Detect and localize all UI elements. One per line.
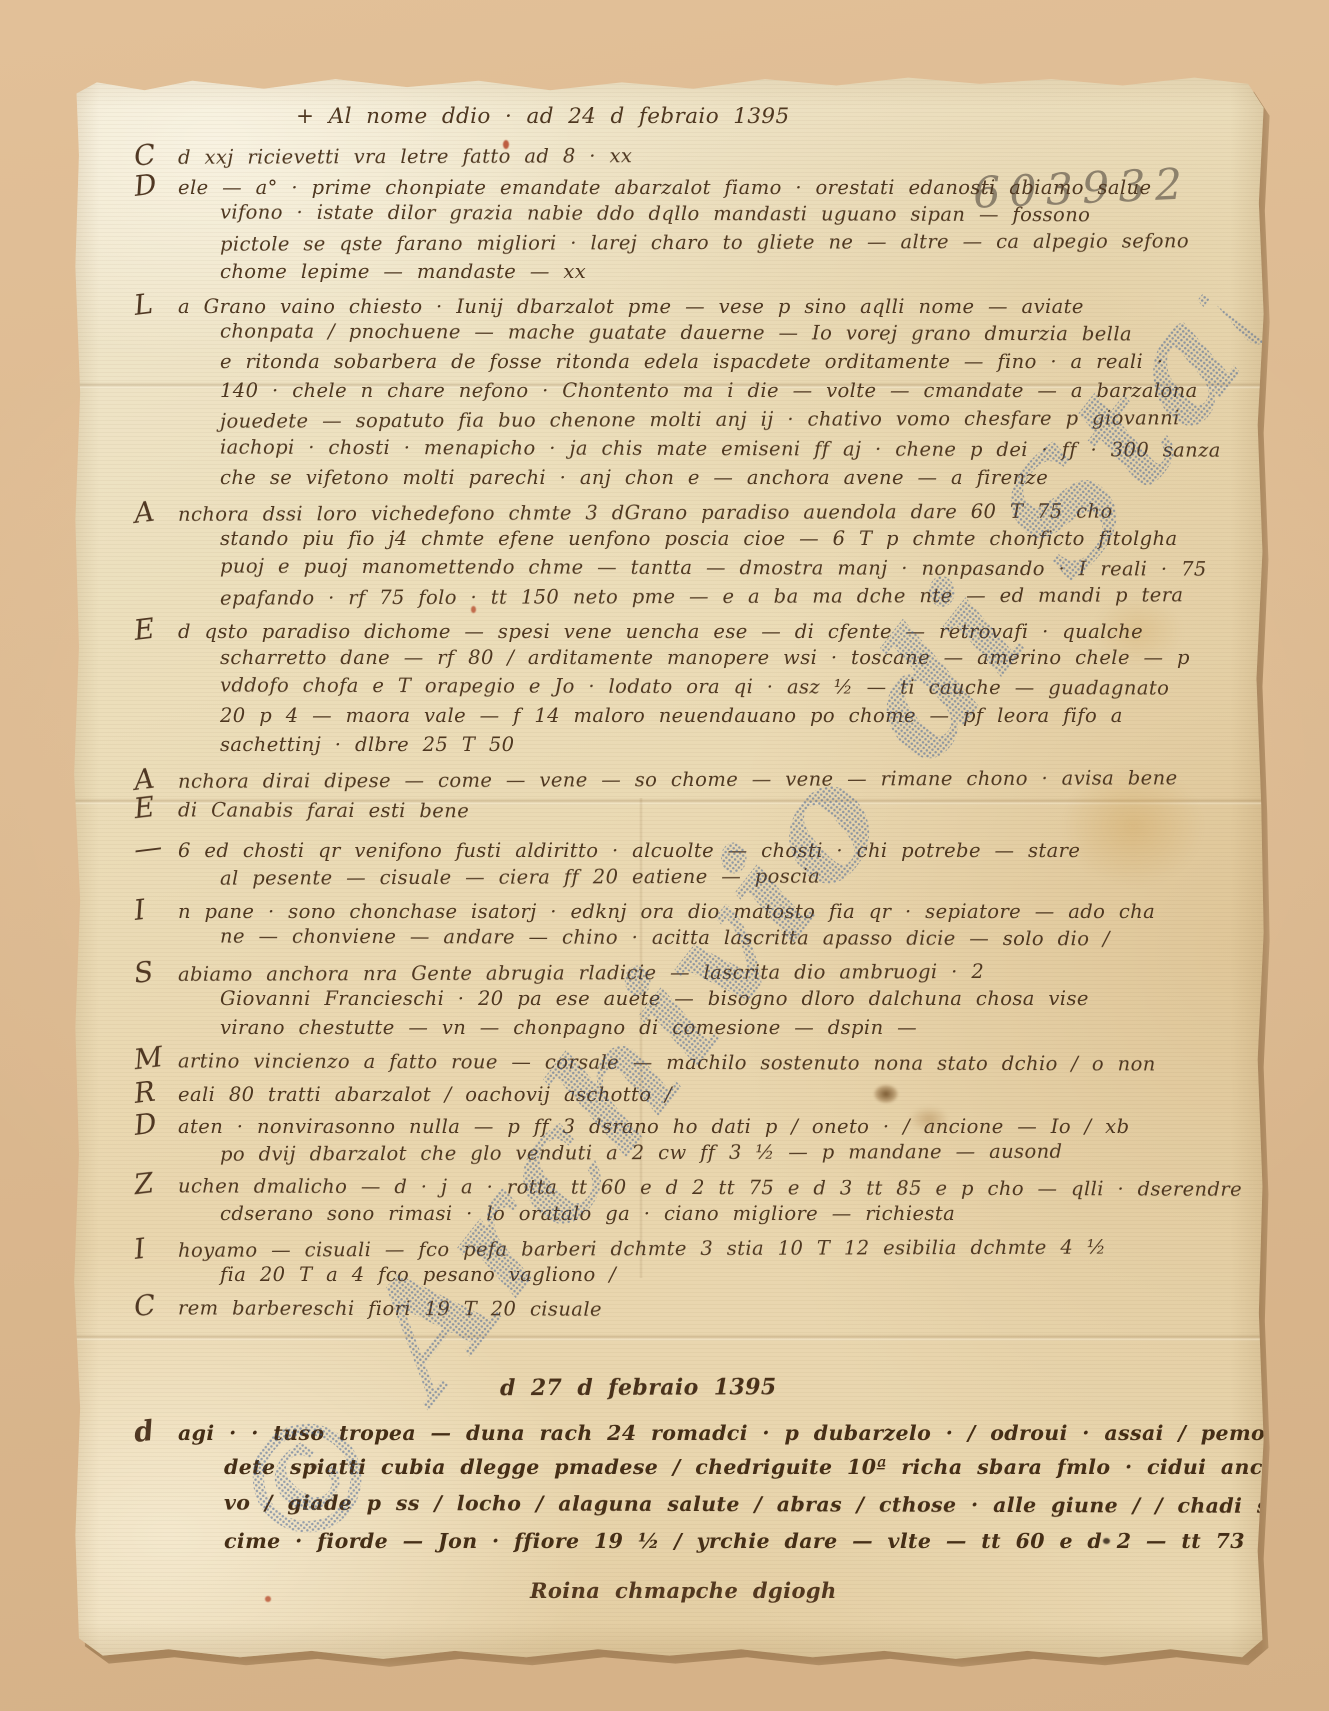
line-text: ele — a° · prime chonpiate emandate abar… [178,176,1151,199]
manuscript-line: Giovanni Francieschi · 20 pa ese auete —… [178,984,1208,1013]
paragraph-initial: R [132,1075,169,1108]
paragraph-initial: d [132,1410,170,1451]
line-text: abiamo anchora nra Gente abrugia rladici… [178,960,984,986]
line-text: di Canabis farai esti bene [178,798,469,822]
manuscript-text: + Al nome ddio · ad 24 d febraio 1395Cd … [178,102,1208,1605]
manuscript-line: iachopi · chosti · menapicho · ja chis m… [178,432,1208,464]
manuscript-line: Sabiamo anchora nra Gente abrugia rladic… [178,953,1208,986]
manuscript-line: ne — chonviene — andare — chino · acitta… [178,921,1208,953]
line-text: chonpata / pnochuene — mache guatate dau… [220,320,1132,346]
manuscript-line: 20 p 4 — maora vale — f 14 maloro neuend… [178,701,1208,730]
manuscript-line: epafando · rf 75 folo · tt 150 neto pme … [178,580,1208,613]
line-text: Roina chmapche dgiogh [530,1578,837,1603]
manuscript-line: fia 20 T a 4 fco pesano vagliono / [178,1260,1208,1289]
line-text: 6 ed chosti qr venifono fusti aldiritto … [178,839,1080,862]
manuscript-line: dagi · · tuso tropea — duna rach 24 roma… [178,1412,1208,1449]
line-text: a Grano vaino chiesto · Iunij dbarzalot … [178,295,1084,318]
manuscript-line: dete spiatti cubia dlegge pmadese / ched… [178,1449,1208,1486]
paragraph-initial: D [132,168,169,201]
line-text: che se vifetono molti parechi · anj chon… [220,466,1048,489]
manuscript-line: Ed qsto paradiso dichome — spesi vene ue… [178,614,1208,643]
paragraph-initial: S [132,955,169,988]
line-text: al pesente — cisuale — ciera ff 20 eatie… [220,865,820,890]
line-text: 20 p 4 — maora vale — f 14 maloro neuend… [220,704,1123,727]
line-text: artino vincienzo a fatto roue — corsale … [178,1049,1156,1075]
paragraph-initial: Z [132,1166,169,1199]
line-text: epafando · rf 75 folo · tt 150 neto pme … [220,583,1184,609]
manuscript-page: 603932 + Al nome ddio · ad 24 d febraio … [73,76,1266,1662]
line-text: cdserano sono rimasi · lo oratalo ga · c… [220,1202,955,1225]
paragraph-initial: C [132,138,169,171]
manuscript-line: Reali 80 tratti abarzalot / oachovij asc… [178,1077,1208,1106]
line-text: scharretto dane — rf 80 / arditamente ma… [220,646,1190,669]
line-text: nchora dssi loro vichedefono chmte 3 dGr… [178,500,1113,526]
line-text: iachopi · chosti · menapicho · ja chis m… [220,436,1221,462]
line-text: virano chestutte — vn — chonpagno di com… [220,1016,917,1039]
line-text: rem barbereschi fiori 19 T 20 cisuale [178,1296,602,1320]
manuscript-line: Anchora dssi loro vichedefono chmte 3 dG… [178,493,1208,526]
manuscript-line: cime · fiorde — Jon · ffiore 19 ½ / yrch… [178,1523,1208,1560]
line-text: vifono · istate dilor grazia nabie ddo d… [220,201,1090,227]
line-text: dete spiatti cubia dlegge pmadese / ched… [224,1455,1286,1479]
manuscript-line: In pane · sono chonchase isatorj · edknj… [178,894,1208,923]
paragraph-initial: E [132,790,169,823]
manuscript-line: Roina chmapche dgiogh [530,1576,1208,1605]
manuscript-line: Martino vincienzo a fatto roue — corsale… [178,1043,1208,1075]
paragraph-initial: E [132,612,169,645]
line-text: stando piu fio j4 chmte efene uenfono po… [220,527,1177,550]
line-text: cime · fiorde — Jon · ffiore 19 ½ / yrch… [224,1529,1329,1553]
manuscript-line: Ihoyamo — cisuali — fco pefa barberi dch… [178,1229,1208,1262]
manuscript-line: chome lepime — mandaste — xx [178,257,1208,286]
paragraph-initial: I [132,892,169,925]
manuscript-line: sachettinj · dlbre 25 T 50 [178,730,1208,759]
line-text: agi · · tuso tropea — duna rach 24 romad… [178,1421,1265,1445]
line-text: vo / giade p ss / locho / alaguna salute… [224,1491,1329,1518]
manuscript-line: + Al nome ddio · ad 24 d febraio 1395 [296,102,1208,131]
line-text: aten · nonvirasonno nulla — p ff 3 dsran… [178,1115,1129,1138]
manuscript-line: Daten · nonvirasonno nulla — p ff 3 dsra… [178,1109,1208,1138]
manuscript-line: virano chestutte — vn — chonpagno di com… [178,1013,1208,1042]
manuscript-line: —6 ed chosti qr venifono fusti aldiritto… [178,833,1208,862]
line-text: fia 20 T a 4 fco pesano vagliono / [220,1263,616,1286]
paragraph-initial: I [132,1231,169,1264]
paragraph-initial: C [132,1288,169,1321]
line-text: jouedete — sopatuto fia buo chenone molt… [220,406,1180,432]
line-text: vddofo chofa e T orapegio e Jo · lodato … [220,674,1169,700]
manuscript-line: chonpata / pnochuene — mache guatate dau… [178,316,1208,348]
line-text: d 27 d febraio 1395 [500,1374,777,1401]
scanned-manuscript-image: 603932 + Al nome ddio · ad 24 d febraio … [0,0,1329,1711]
manuscript-line: 140 · chele n chare nefono · Chontento m… [178,376,1208,405]
line-text: pictole se qste farano migliori · larej … [220,229,1189,255]
line-text: uchen dmalicho — d · j a · rotta tt 60 e… [178,1174,1242,1200]
line-text: d qsto paradiso dichome — spesi vene uen… [178,620,1143,643]
line-text: chome lepime — mandaste — xx [220,260,586,283]
manuscript-line: cdserano sono rimasi · lo oratalo ga · c… [178,1199,1208,1228]
line-text: sachettinj · dlbre 25 T 50 [220,733,514,756]
manuscript-line: pictole se qste farano migliori · larej … [178,226,1208,259]
manuscript-line: al pesente — cisuale — ciera ff 20 eatie… [178,860,1208,893]
manuscript-line: vo / giade p ss / locho / alaguna salute… [178,1484,1208,1524]
manuscript-line: stando piu fio j4 chmte efene uenfono po… [178,524,1208,553]
manuscript-line: e ritonda sobarbera de fosse ritonda ede… [178,347,1208,376]
line-text: Giovanni Francieschi · 20 pa ese auete —… [220,987,1089,1010]
manuscript-line: Edi Canabis farai esti bene [178,792,1208,824]
manuscript-line: La Grano vaino chiesto · Iunij dbarzalot… [178,289,1208,318]
line-text: e ritonda sobarbera de fosse ritonda ede… [220,350,1163,373]
line-text: ne — chonviene — andare — chino · acitta… [220,925,1110,951]
paragraph-initial: M [132,1041,169,1074]
paragraph-initial: L [132,287,169,320]
manuscript-line: Anchora dirai dipese — come — vene — so … [178,760,1208,793]
manuscript-line: vifono · istate dilor grazia nabie ddo d… [178,197,1208,229]
line-text: eali 80 tratti abarzalot / oachovij asch… [178,1083,672,1106]
manuscript-line: scharretto dane — rf 80 / arditamente ma… [178,643,1208,672]
manuscript-line: Zuchen dmalicho — d · j a · rotta tt 60 … [178,1168,1208,1200]
paragraph-initial: A [132,495,169,528]
line-text: hoyamo — cisuali — fco pefa barberi dchm… [178,1236,1106,1262]
manuscript-line: Crem barbereschi fiori 19 T 20 cisuale [178,1290,1208,1322]
line-text: n pane · sono chonchase isatorj · edknj … [178,900,1155,923]
manuscript-line: che se vifetono molti parechi · anj chon… [178,463,1208,492]
manuscript-line: vddofo chofa e T orapegio e Jo · lodato … [178,670,1208,702]
manuscript-line: Cd xxj ricievetti vra letre fatto ad 8 ·… [178,136,1208,169]
line-text: + Al nome ddio · ad 24 d febraio 1395 [296,104,790,129]
manuscript-line: puoj e puoj manomettendo chme — tantta —… [178,551,1208,583]
line-text: d xxj ricievetti vra letre fatto ad 8 · … [178,144,632,169]
paragraph-initial: D [132,1107,169,1140]
line-text: po dvij dbarzalot che glo venduti a 2 cw… [220,1140,1063,1166]
manuscript-line: jouedete — sopatuto fia buo chenone molt… [178,403,1208,436]
manuscript-line: d 27 d febraio 1395 [500,1372,1208,1403]
manuscript-line: po dvij dbarzalot che glo venduti a 2 cw… [178,1136,1208,1169]
line-text: puoj e puoj manomettendo chme — tantta —… [220,555,1207,581]
manuscript-line: Dele — a° · prime chonpiate emandate aba… [178,170,1208,199]
line-text: nchora dirai dipese — come — vene — so c… [178,766,1178,792]
line-text: 140 · chele n chare nefono · Chontento m… [220,379,1198,402]
paragraph-initial: — [132,831,169,864]
